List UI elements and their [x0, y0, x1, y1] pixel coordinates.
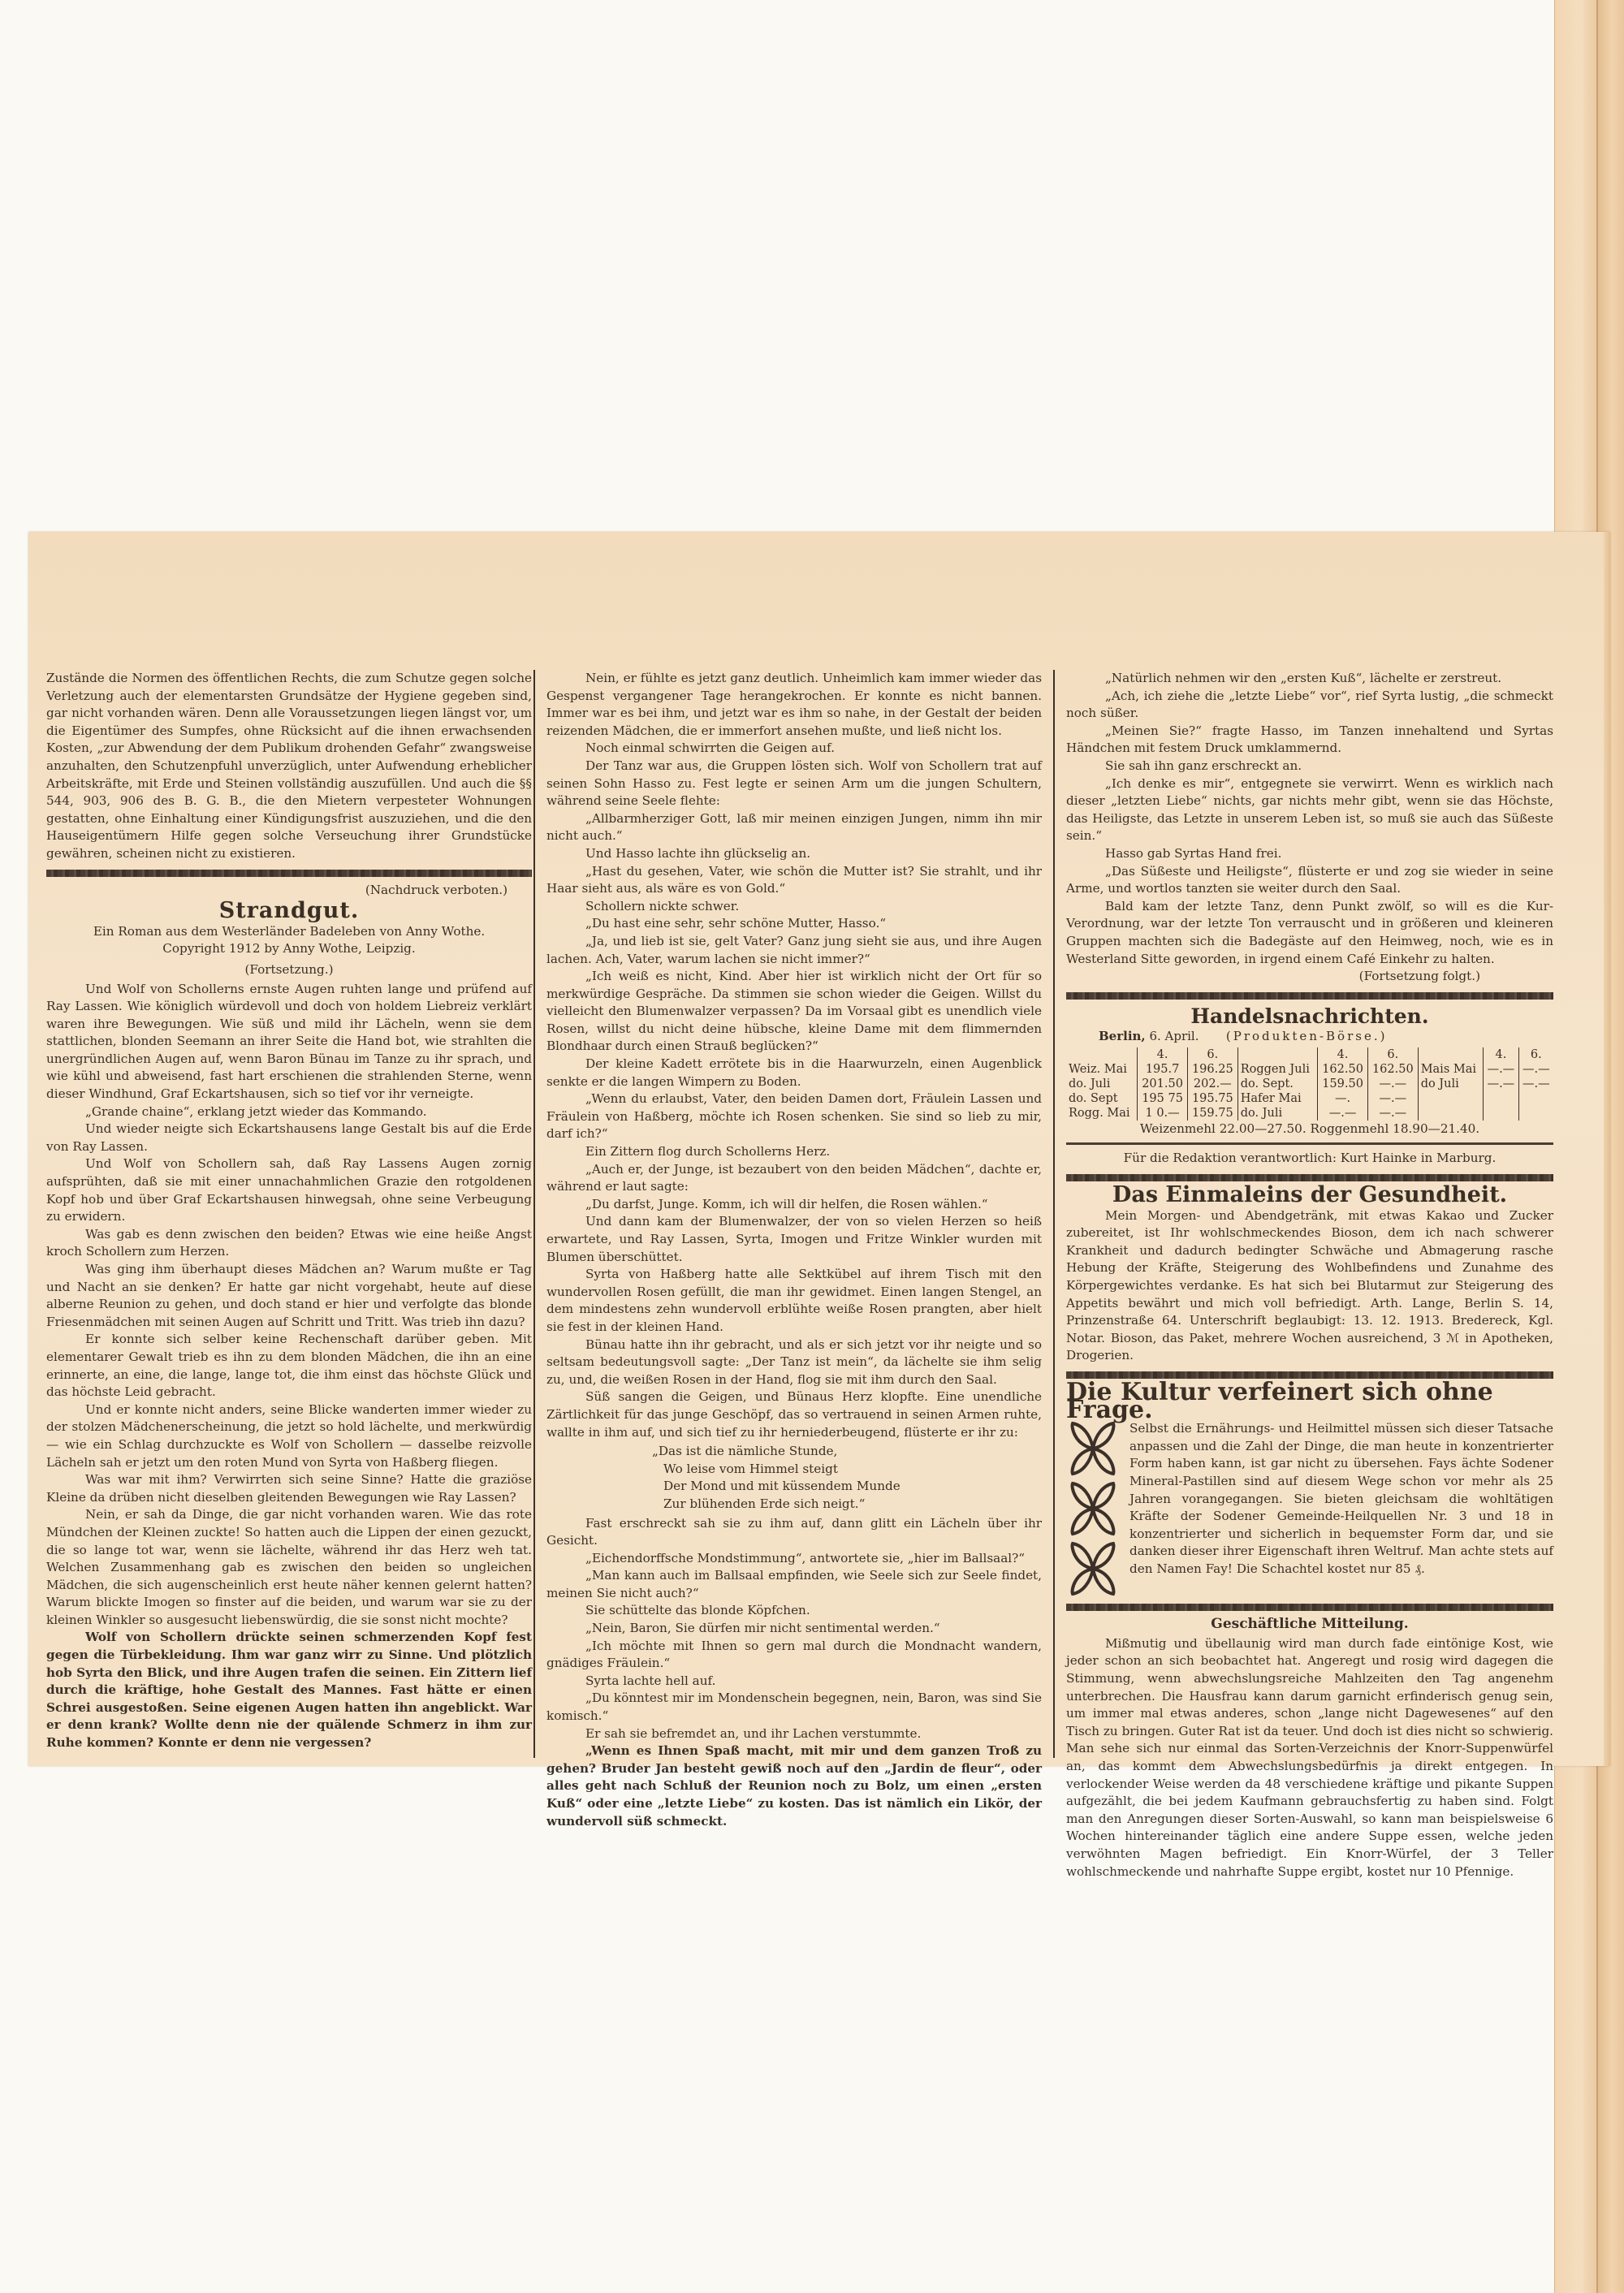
paragraph: „Du könntest mir im Mondenschein begegne… — [546, 1690, 1042, 1725]
paragraph: Noch einmal schwirrten die Geigen auf. — [546, 740, 1042, 758]
table-row: do. Sept 195 75 195.75 Hafer Mai —. —.— — [1066, 1091, 1553, 1106]
paragraph: Ein Zittern flog durch Schollerns Herz. — [546, 1143, 1042, 1161]
paragraph: „Man kann auch im Ballsaal empfinden, wi… — [546, 1567, 1042, 1602]
ad-fay-pastillen: Selbst die Ernährungs- und Heilmittel mü… — [1066, 1420, 1553, 1597]
paragraph: Er sah sie befremdet an, und ihr Lachen … — [546, 1725, 1042, 1743]
paragraph: Wolf von Schollern drückte seinen schmer… — [46, 1629, 532, 1751]
leaf-ornament-icon — [1066, 1480, 1120, 1537]
paragraph: Syrta lachte hell auf. — [546, 1673, 1042, 1691]
paragraph: „Ach, ich ziehe die „letzte Liebe“ vor“,… — [1066, 688, 1553, 723]
poem-quote: „Das ist die nämliche Stunde, Wo leise v… — [652, 1443, 1042, 1513]
paragraph: Bünau hatte ihn ihr gebracht, und als er… — [546, 1337, 1042, 1389]
market-header: Berlin, 6. April. (Produkten-Börse.) — [1066, 1028, 1553, 1046]
leaf-ornament-icon — [1066, 1540, 1120, 1597]
paragraph: „Natürlich nehmen wir den „ersten Kuß“, … — [1066, 670, 1553, 688]
table-row: Weiz. Mai 195.7 196.25 Roggen Juli 162.5… — [1066, 1062, 1553, 1077]
paragraph: „Hast du gesehen, Vater, wie schön die M… — [546, 863, 1042, 898]
reprint-notice: (Nachdruck verboten.) — [46, 882, 532, 900]
novel-title: Strandgut. — [46, 902, 532, 920]
paragraph: Er konnte sich selber keine Rechenschaft… — [46, 1331, 532, 1401]
market-price-table: 4. 6. 4. 6. 4. 6. Weiz. Mai 195.7 196.25… — [1066, 1047, 1553, 1121]
novel-subtitle: Ein Roman aus dem Westerländer Badeleben… — [46, 923, 532, 941]
paragraph: Und wieder neigte sich Eckartshausens la… — [46, 1121, 532, 1155]
paragraph: Schollern nickte schwer. — [546, 898, 1042, 916]
ad-text-bioson: Mein Morgen- und Abendgetränk, mit etwas… — [1066, 1207, 1553, 1365]
paragraph: Bald kam der letzte Tanz, denn Punkt zwö… — [1066, 898, 1553, 968]
intro-paragraph: Zustände die Normen des öffentlichen Rec… — [46, 670, 532, 863]
paragraph: Fast erschreckt sah sie zu ihm auf, dann… — [546, 1515, 1042, 1550]
copyright-line: Copyright 1912 by Anny Wothe, Leipzig. — [46, 940, 532, 958]
business-notice-text: Mißmutig und übellaunig wird man durch f… — [1066, 1635, 1553, 1881]
paragraph: Syrta von Haßberg hatte alle Sektkübel a… — [546, 1266, 1042, 1336]
paragraph: „Du hast eine sehr, sehr schöne Mutter, … — [546, 915, 1042, 933]
paragraph: Der Tanz war aus, die Gruppen lösten sic… — [546, 758, 1042, 810]
section-divider — [1066, 992, 1553, 1000]
poem-line: Der Mond und mit küssendem Munde — [652, 1478, 1042, 1496]
market-exchange: (Produkten-Börse.) — [1226, 1029, 1388, 1043]
paragraph: Was ging ihm überhaupt dieses Mädchen an… — [46, 1261, 532, 1331]
paragraph: Sie schüttelte das blonde Köpfchen. — [546, 1602, 1042, 1620]
paragraph: „Wenn es Ihnen Spaß macht, mit mir und d… — [546, 1742, 1042, 1830]
section-divider — [1066, 1174, 1553, 1181]
continuation-note: (Fortsetzung.) — [46, 961, 532, 979]
paragraph: Und Wolf von Schollerns ernste Augen ruh… — [46, 981, 532, 1103]
poem-line: „Das ist die nämliche Stunde, — [652, 1443, 1042, 1461]
ornament-column — [1066, 1420, 1123, 1597]
paragraph: Hasso gab Syrtas Hand frei. — [1066, 845, 1553, 863]
paragraph: Was gab es denn zwischen den beiden? Etw… — [46, 1226, 532, 1261]
paragraph: Der kleine Kadett errötete bis in die Ha… — [546, 1056, 1042, 1090]
ad-title-kultur: Die Kultur verfeinert sich ohne Frage. — [1066, 1384, 1553, 1419]
paragraph: „Grande chaine“, erklang jetzt wieder da… — [46, 1103, 532, 1121]
paragraph: Und dann kam der Blumenwalzer, der von s… — [546, 1213, 1042, 1266]
middle-column: Nein, er fühlte es jetzt ganz deutlich. … — [533, 670, 1042, 1758]
paragraph: „Wenn du erlaubst, Vater, den beiden Dam… — [546, 1090, 1042, 1143]
divider — [1066, 1142, 1553, 1145]
paragraph: Was war mit ihm? Verwirrten sich seine S… — [46, 1471, 532, 1506]
poem-line: Wo leise vom Himmel steigt — [652, 1461, 1042, 1479]
table-row: Rogg. Mai 1 0.— 159.75 do. Juli —.— —.— — [1066, 1106, 1553, 1121]
editor-responsible: Für die Redaktion verantwortlich: Kurt H… — [1066, 1150, 1553, 1168]
paragraph: „Ich möchte mit Ihnen so gern mal durch … — [546, 1638, 1042, 1673]
paper-fold-edge — [1604, 532, 1610, 1766]
market-date: 6. April. — [1149, 1029, 1199, 1043]
table-row: do. Juli 201.50 202.— do. Sept. 159.50 —… — [1066, 1077, 1553, 1091]
paragraph: „Ich denke es mir“, entgegnete sie verwi… — [1066, 775, 1553, 845]
market-place: Berlin, — [1099, 1029, 1146, 1043]
paragraph: „Nein, Baron, Sie dürfen mir nicht senti… — [546, 1620, 1042, 1638]
paragraph: Und Wolf von Schollern sah, daß Ray Lass… — [46, 1155, 532, 1225]
paragraph: „Allbarmherziger Gott, laß mir meinen ei… — [546, 810, 1042, 845]
paragraph: Nein, er sah da Dinge, die gar nicht vor… — [46, 1506, 532, 1629]
paragraph: „Ich weiß es nicht, Kind. Aber hier ist … — [546, 968, 1042, 1056]
flour-prices: Weizenmehl 22.00—27.50. Roggenmehl 18.90… — [1066, 1121, 1553, 1138]
table-header-row: 4. 6. 4. 6. 4. 6. — [1066, 1047, 1553, 1062]
right-column: „Natürlich nehmen wir den „ersten Kuß“, … — [1053, 670, 1553, 1758]
market-news-title: Handelsnachrichten. — [1066, 1008, 1553, 1026]
section-divider — [46, 870, 532, 877]
paragraph: Sie sah ihn ganz erschreckt an. — [1066, 758, 1553, 775]
ad-title-einmaleins: Das Einmaleins der Gesundheit. — [1066, 1186, 1553, 1204]
paragraph: Süß sangen die Geigen, und Bünaus Herz k… — [546, 1388, 1042, 1441]
left-column: Zustände die Normen des öffentlichen Rec… — [46, 670, 532, 1752]
section-divider — [1066, 1604, 1553, 1611]
leaf-ornament-icon — [1066, 1420, 1120, 1477]
paragraph: „Ja, und lieb ist sie, gelt Vater? Ganz … — [546, 933, 1042, 968]
paragraph: Nein, er fühlte es jetzt ganz deutlich. … — [546, 670, 1042, 740]
business-notice-title: Geschäftliche Mitteilung. — [1066, 1616, 1553, 1634]
paragraph: Und er konnte nicht anders, seine Blicke… — [46, 1401, 532, 1471]
ad-text-fay: Selbst die Ernährungs- und Heilmittel mü… — [1129, 1420, 1553, 1597]
paragraph: „Das Süßeste und Heiligste“, flüsterte e… — [1066, 863, 1553, 898]
paragraph: „Auch er, der Junge, ist bezaubert von d… — [546, 1161, 1042, 1196]
to-be-continued: (Fortsetzung folgt.) — [1066, 968, 1553, 986]
paragraph: „Meinen Sie?“ fragte Hasso, im Tanzen in… — [1066, 723, 1553, 758]
paragraph: „Du darfst, Junge. Komm, ich will dir he… — [546, 1196, 1042, 1214]
paragraph: „Eichendorffsche Mondstimmung“, antworte… — [546, 1550, 1042, 1568]
newspaper-clipping: Zustände die Normen des öffentlichen Rec… — [28, 532, 1610, 1766]
paragraph: Und Hasso lachte ihn glückselig an. — [546, 845, 1042, 863]
poem-line: Zur blühenden Erde sich neigt.“ — [652, 1496, 1042, 1514]
